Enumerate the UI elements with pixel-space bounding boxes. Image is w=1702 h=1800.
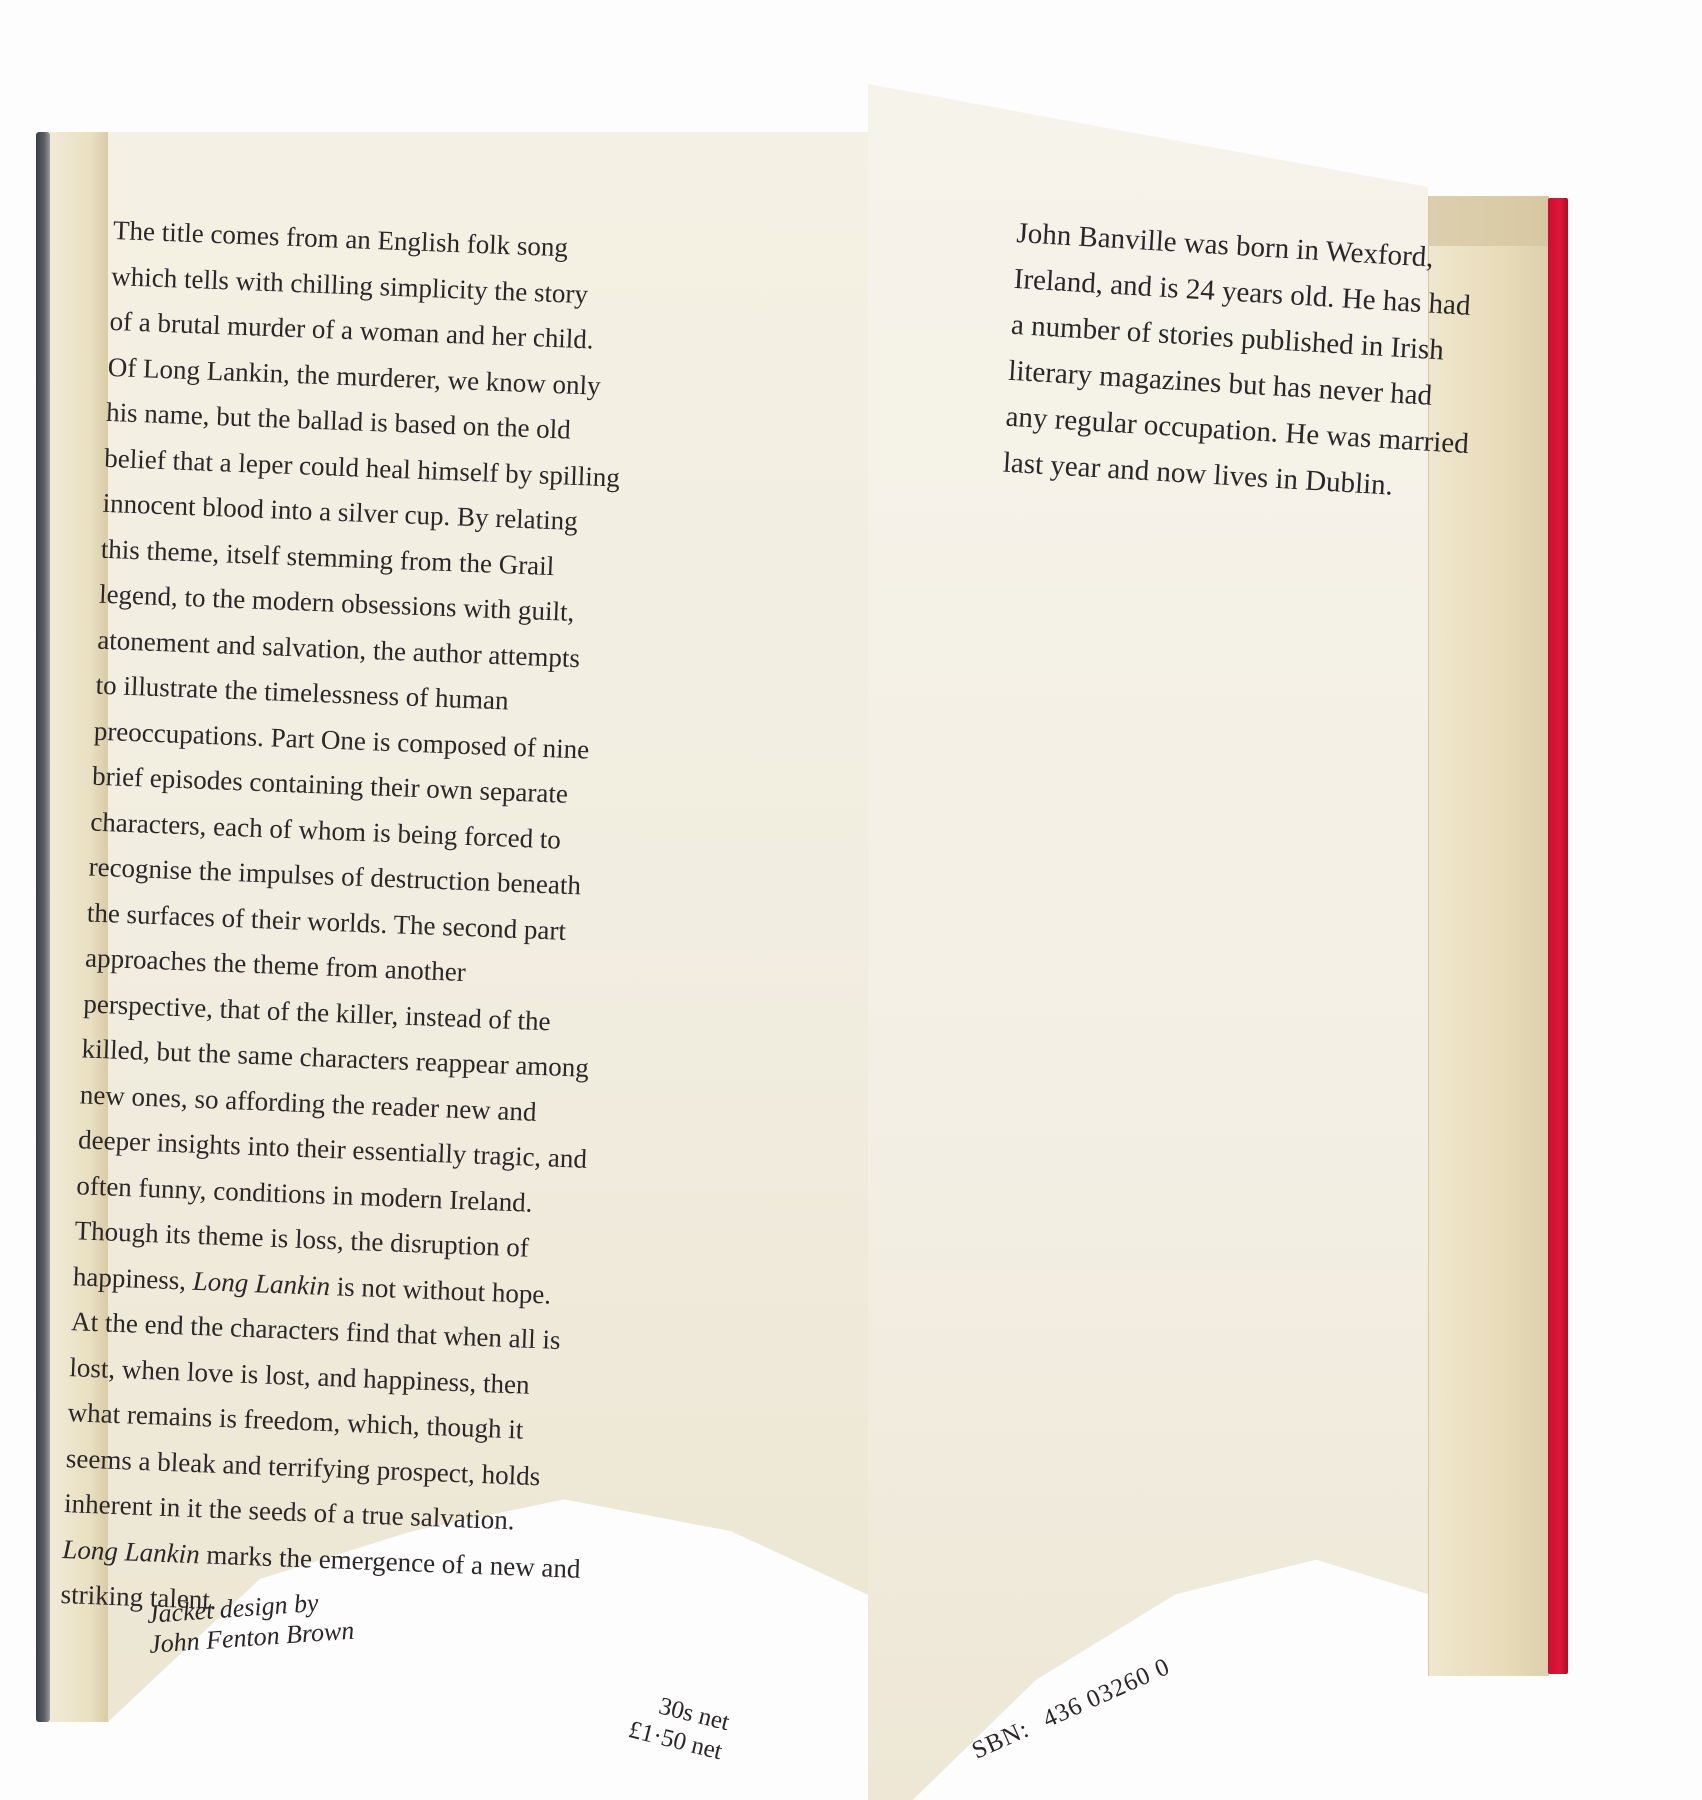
front-flap-blurb: The title comes from an English folk son… [60, 208, 632, 1637]
text: is not without hope. [329, 1271, 551, 1309]
text: happiness, [72, 1261, 193, 1296]
board-edge-left [36, 132, 50, 1722]
author-bio: John Banville was born in Wexford, Irela… [1002, 210, 1481, 513]
book-title-italic: Long Lankin [62, 1534, 200, 1569]
price-label: 30s net £1·50 net [625, 1686, 732, 1767]
book-title-italic: Long Lankin [192, 1265, 330, 1300]
text: marks the emergence of a new and [199, 1539, 581, 1584]
jacket-design-credit: Jacket design by John Fenton Brown [146, 1586, 355, 1660]
red-board-edge [1548, 198, 1568, 1674]
